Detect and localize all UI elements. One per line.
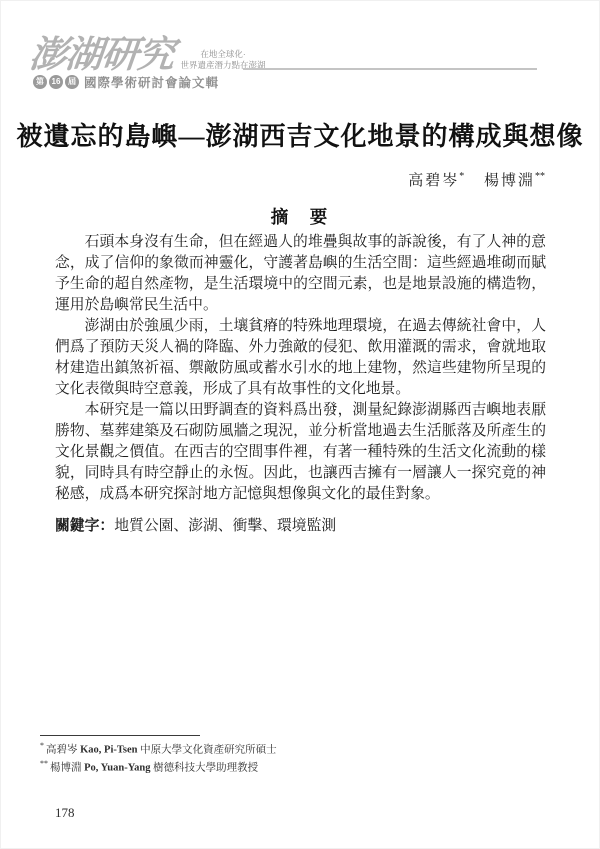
footnote-2-affiliation: 樹德科技大學助理教授 [153,762,258,773]
keywords-text: 地質公園、澎湖、衝擊、環境監測 [114,518,336,534]
keywords-separator: ： [99,518,114,534]
footnote-divider [40,735,200,736]
author-1: 高碧岑* [408,173,464,189]
abstract-body: 石頭本身沒有生命，但在經過人的堆疊與故事的訴說後，有了人神的意念，成了信仰的象徵… [55,232,546,537]
author-2-name: 楊博淵 [484,173,535,189]
page-number: 178 [55,805,75,821]
abstract-paragraph-2: 澎湖由於強風少雨，土壤貧瘠的特殊地理環境，在過去傳統社會中，人們爲了預防天災人禍… [55,316,546,400]
author-1-mark: * [459,171,464,182]
paper-page: 澎湖研究 在地全球化· 世界遺產潛力點在澎湖 第 16 屆 國際學術研討會論文輯… [0,0,600,849]
author-1-name: 高碧岑 [408,173,459,189]
tagline-line-1: 在地全球化· [163,49,283,60]
footnote-1-mark: * [40,741,44,750]
footnote-1-affiliation: 中原大學文化資產研究所碩士 [140,745,277,756]
badge-circle-di: 第 [33,75,47,89]
journal-logo: 澎湖研究 [27,24,177,78]
series-title: 國際學術研討會論文輯 [84,73,219,91]
footnote-2-cn-name: 楊博淵 [50,762,82,773]
abstract-paragraph-1: 石頭本身沒有生命，但在經過人的堆疊與故事的訴說後，有了人神的意念，成了信仰的象徵… [55,232,546,316]
author-2: 楊博淵** [484,173,545,189]
badge-circle-16: 16 [49,75,63,89]
author-2-mark: ** [535,171,545,182]
keywords-label: 關鍵字 [55,518,99,534]
footnote-1-en-name: Kao, Pi-Tsen [80,745,137,756]
footnote-2-mark: ** [40,759,48,768]
series-badge-row: 第 16 屆 國際學術研討會論文輯 [33,73,219,91]
footnote-2-en-name: Po, Yuan-Yang [84,762,150,773]
abstract-paragraph-3: 本研究是一篇以田野調查的資料爲出發，測量紀錄澎湖縣西吉嶼地表厭勝物、墓葬建築及石… [55,400,546,505]
authors-line: 高碧岑* 楊博淵** [408,169,545,190]
footnotes: *高碧岑 Kao, Pi-Tsen 中原大學文化資產研究所碩士 **楊博淵 Po… [40,739,460,774]
keywords-line: 關鍵字：地質公園、澎湖、衝擊、環境監測 [55,516,546,537]
footnote-1-cn-name: 高碧岑 [46,745,78,756]
footnote-1: *高碧岑 Kao, Pi-Tsen 中原大學文化資產研究所碩士 [40,739,460,757]
header-rule [243,68,537,70]
footnote-2: **楊博淵 Po, Yuan-Yang 樹德科技大學助理教授 [40,757,460,775]
abstract-heading: 摘 要 [0,204,600,229]
article-title: 被遺忘的島嶼—澎湖西吉文化地景的構成與想像 [0,116,600,153]
badge-circle-jie: 屆 [65,75,79,89]
